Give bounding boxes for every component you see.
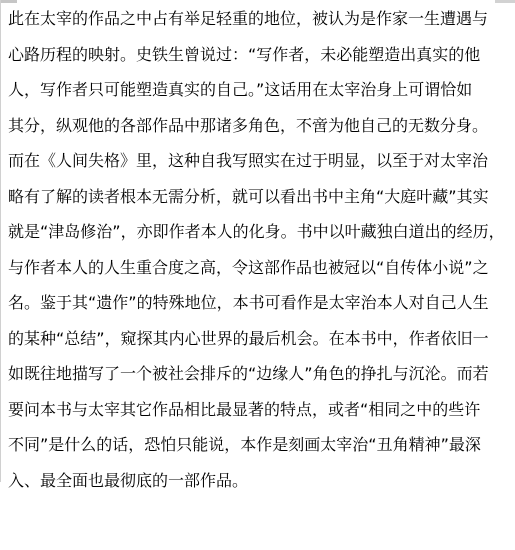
article-text: 此在太宰的作品之中占有举足轻重的地位，被认为是作家一生遭遇与 心路历程的映射。史… — [8, 1, 508, 498]
text-line: 其分，纵观他的各部作品中那诸多角色，不啻为他自己的无数分身。 — [8, 108, 508, 144]
text-line: 如既往地描写了一个被社会排斥的“边缘人”角色的挣扎与沉沦。而若 — [8, 356, 508, 392]
text-line: 心路历程的映射。史铁生曾说过：“写作者，未必能塑造出真实的他 — [8, 37, 508, 73]
text-line: 的某种“总结”，窥探其内心世界的最后机会。在本书中，作者依旧一 — [8, 321, 508, 357]
text-line: 与作者本人的人生重合度之高，令这部作品也被冠以“自传体小说”之 — [8, 250, 508, 286]
document-page: 此在太宰的作品之中占有举足轻重的地位，被认为是作家一生遭遇与 心路历程的映射。史… — [0, 0, 515, 550]
text-line: 入、最全面也最彻底的一部作品。 — [8, 463, 508, 499]
text-line: 名。鉴于其“遗作”的特殊地位，本书可看作是太宰治本人对自己人生 — [8, 285, 508, 321]
text-line: 人，写作者只可能塑造真实的自己。”这话用在太宰治身上可谓恰如 — [8, 72, 508, 108]
text-line: 略有了解的读者根本无需分析，就可以看出书中主角“大庭叶藏”其实 — [8, 179, 508, 215]
text-line: 不同”是什么的话，恐怕只能说，本作是刻画太宰治“丑角精神”最深 — [8, 427, 508, 463]
text-line: 而在《人间失格》里，这种自我写照实在过于明显，以至于对太宰治 — [8, 143, 508, 179]
text-line: 此在太宰的作品之中占有举足轻重的地位，被认为是作家一生遭遇与 — [8, 1, 508, 37]
text-line: 就是“津岛修治”，亦即作者本人的化身。书中以叶藏独白道出的经历， — [8, 214, 508, 250]
left-edge-line — [0, 0, 1, 482]
text-line: 要问本书与太宰其它作品相比最显著的特点，或者“相同之中的些许 — [8, 392, 508, 428]
